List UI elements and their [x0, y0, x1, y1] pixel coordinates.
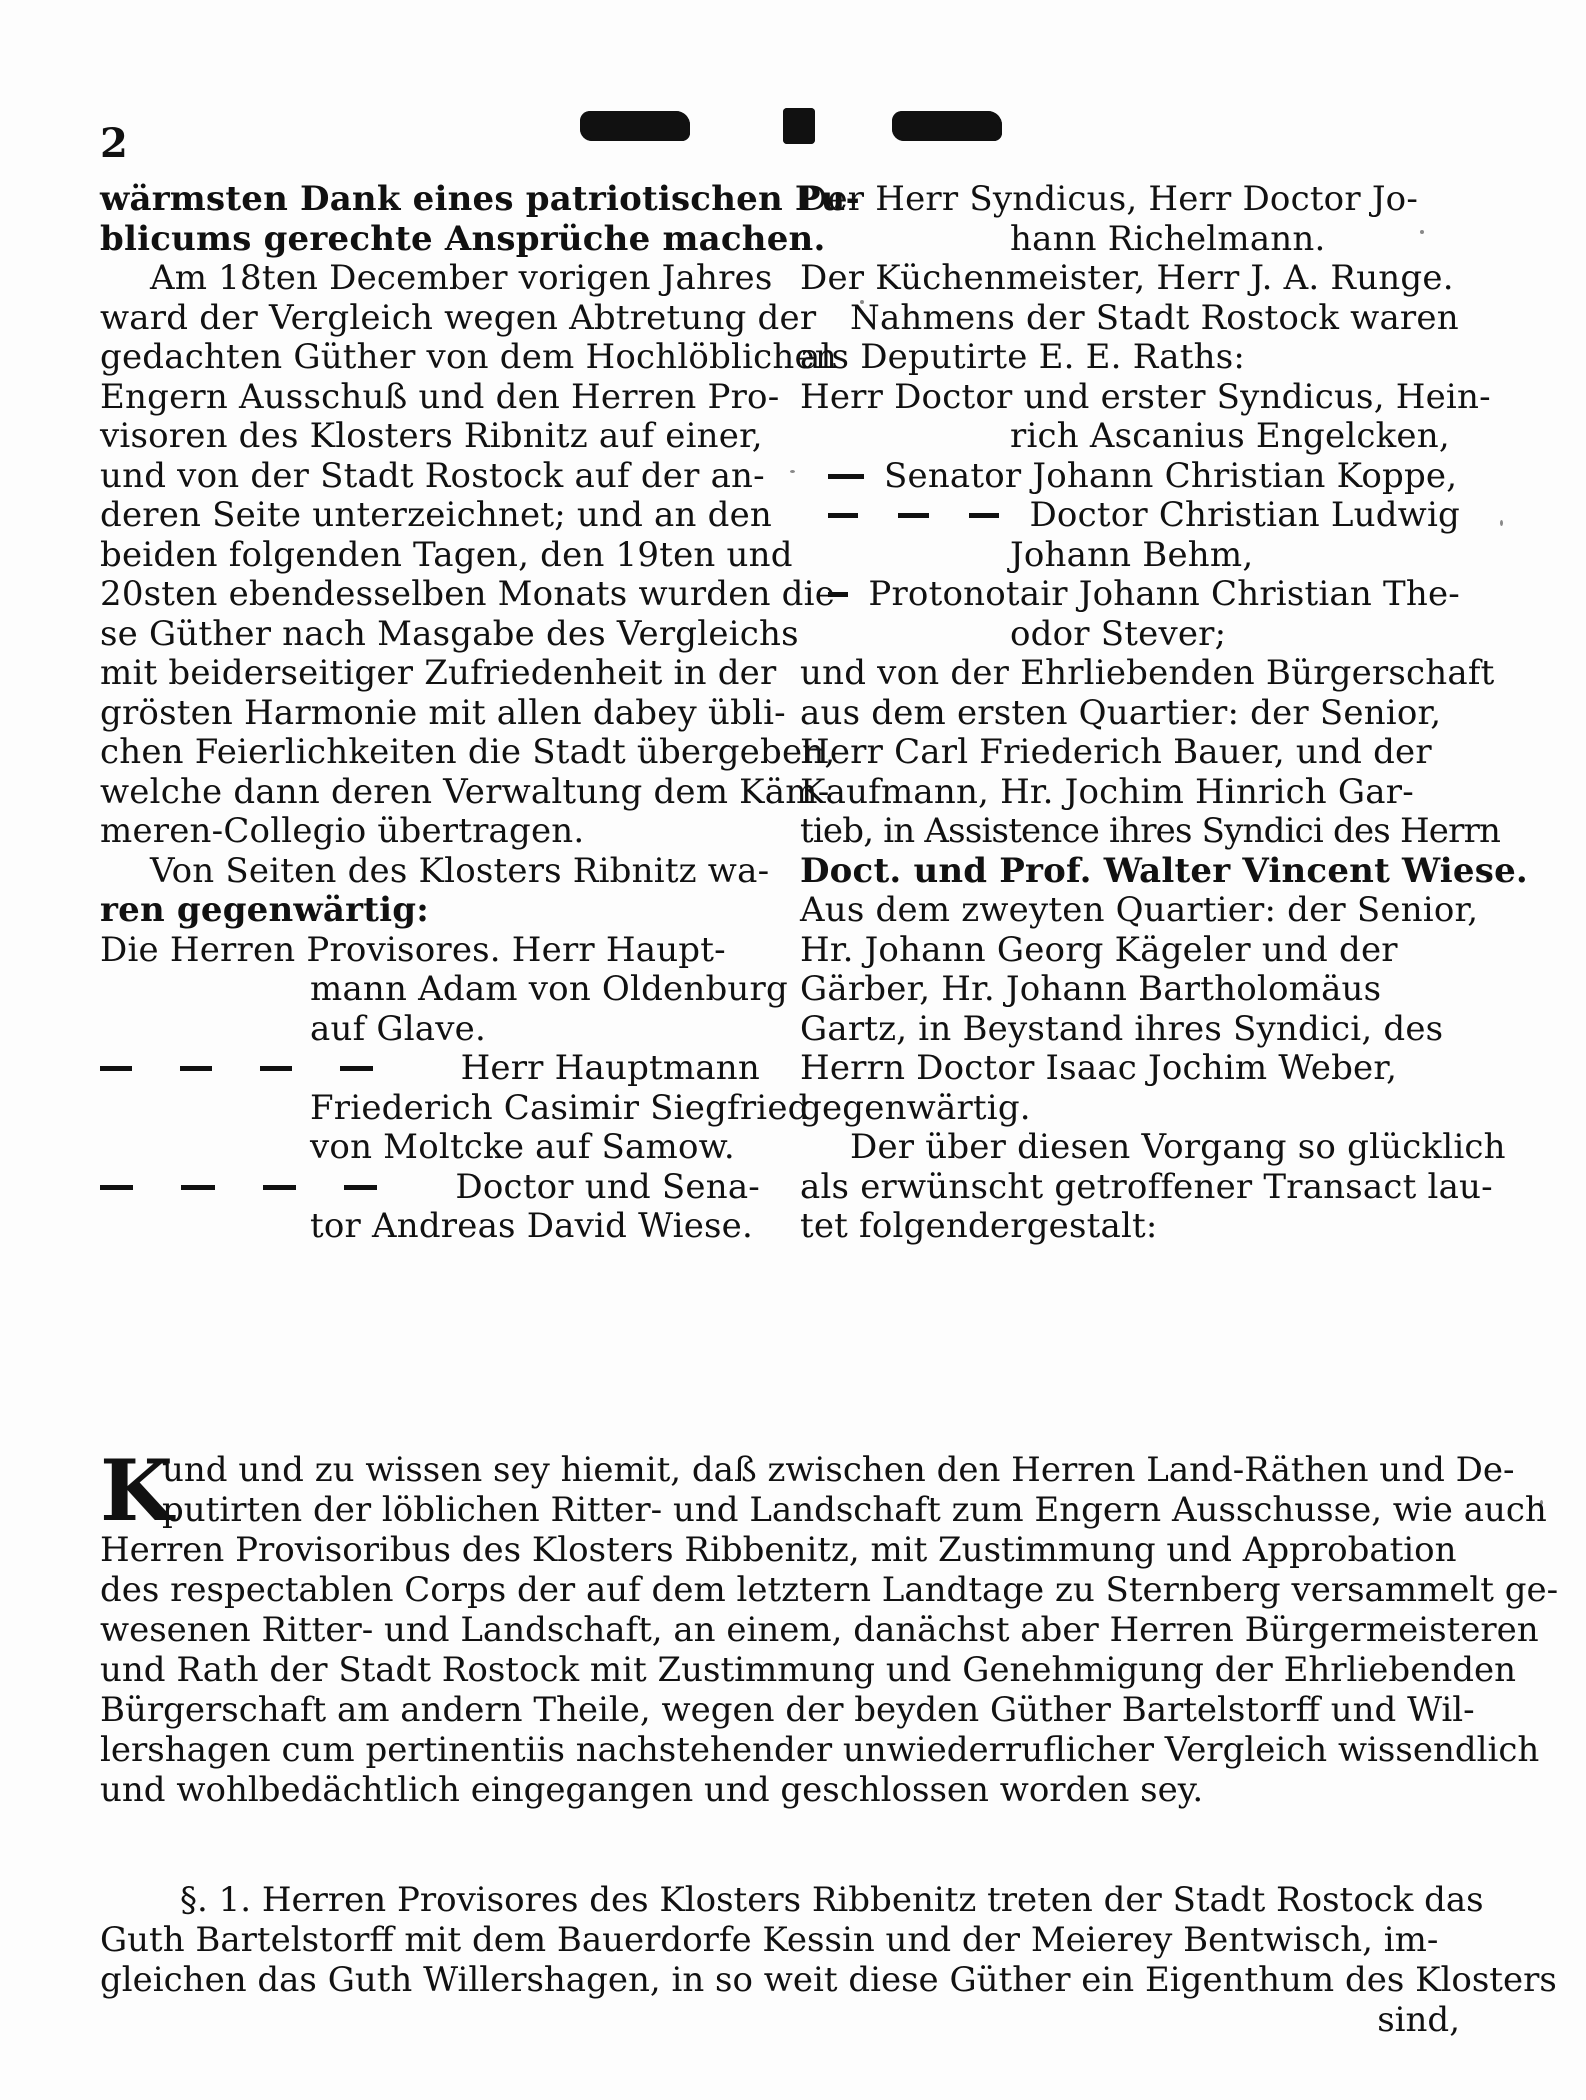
text-line: ren gegenwärtig:	[100, 891, 760, 931]
text-line: Der über diesen Vorgang so glücklich	[800, 1128, 1460, 1168]
crown-mark-icon	[783, 108, 815, 144]
text-line: Guth Bartelstorff mit dem Bauerdorfe Kes…	[100, 1920, 1480, 1960]
text-fragment: Doctor und Sena-	[425, 1168, 760, 1208]
text-line: beiden folgenden Tagen, den 19ten und	[100, 536, 760, 576]
text-line: Gärber, Hr. Johann Bartholomäus	[800, 970, 1460, 1010]
page-number: 2	[100, 120, 128, 167]
text-line: auf Glave.	[100, 1010, 760, 1050]
header-ornament-left	[580, 106, 690, 146]
text-line: Herr Carl Friederich Bauer, und der	[800, 733, 1460, 773]
section-1-paragraph: §. 1. Herren Provisores des Klosters Rib…	[100, 1880, 1480, 2040]
text-line: deren Seite unterzeichnet; und an den	[100, 496, 760, 536]
text-line: putirten der löblichen Ritter- und Lands…	[100, 1490, 1480, 1530]
text-fragment: Doctor Christian Ludwig	[1029, 496, 1460, 536]
text-line: als erwünscht getroffener Transact lau-	[800, 1168, 1460, 1208]
text-line: wesenen Ritter- und Landschaft, an einem…	[100, 1610, 1480, 1650]
text-line: Johann Behm,	[800, 536, 1460, 576]
text-line: Von Seiten des Klosters Ribnitz wa-	[100, 852, 760, 892]
text-line: tet folgendergestalt:	[800, 1207, 1460, 1247]
vignette-icon	[892, 111, 1002, 141]
text-line: Der Küchenmeister, Herr J. A. Runge.	[800, 259, 1460, 299]
text-fragment: Senator Johann Christian Koppe,	[884, 457, 1457, 497]
text-line: von Moltcke auf Samow.	[100, 1128, 760, 1168]
text-line: als Deputirte E. E. Raths:	[800, 338, 1460, 378]
text-line: Herren Provisoribus des Klosters Ribbeni…	[100, 1530, 1480, 1570]
right-column: Der Herr Syndicus, Herr Doctor Jo- hann …	[800, 180, 1460, 1247]
text-line: Gartz, in Beystand ihres Syndici, des	[800, 1010, 1460, 1050]
text-line: und und zu wissen sey hiemit, daß zwisch…	[100, 1450, 1480, 1490]
text-line: ward der Vergleich wegen Abtretung der	[100, 299, 760, 339]
text-line: 20sten ebendesselben Monats wurden die-	[100, 575, 760, 615]
text-fragment: Herr Hauptmann	[421, 1049, 760, 1089]
text-line: mann Adam von Oldenburg	[100, 970, 760, 1010]
dash-mark	[828, 474, 864, 479]
text-line: und wohlbedächtlich eingegangen und gesc…	[100, 1770, 1480, 1810]
dash-mark	[340, 1066, 372, 1071]
text-line: tieb, in Assistence ihres Syndici des He…	[800, 812, 1460, 852]
text-line: Engern Ausschuß und den Herren Pro-	[100, 378, 760, 418]
dash-mark	[969, 513, 999, 518]
text-line: mit beiderseitiger Zufriedenheit in der	[100, 654, 760, 694]
text-line: grösten Harmonie mit allen dabey übli-	[100, 694, 760, 734]
text-line: wärmsten Dank eines patriotischen Pu-	[100, 180, 760, 220]
dash-mark	[100, 1185, 133, 1190]
dash-mark	[828, 513, 858, 518]
text-line: Hr. Johann Georg Kägeler und der	[800, 931, 1460, 971]
text-line: welche dann deren Verwaltung dem Käm-	[100, 773, 760, 813]
scanned-page: 2 wärmsten Dank eines patriotischen Pu- …	[0, 0, 1586, 2100]
text-line: hann Richelmann.	[800, 220, 1460, 260]
text-line: Bürgerschaft am andern Theile, wegen der…	[100, 1690, 1480, 1730]
text-line: aus dem ersten Quartier: der Senior,	[800, 694, 1460, 734]
scan-noise	[1500, 520, 1503, 526]
text-line: §. 1. Herren Provisores des Klosters Rib…	[100, 1880, 1480, 1920]
text-line: Der Herr Syndicus, Herr Doctor Jo-	[800, 180, 1460, 220]
text-line: tor Andreas David Wiese.	[100, 1207, 760, 1247]
text-line: Protonotair Johann Christian The-	[800, 575, 1460, 615]
text-line: gleichen das Guth Willershagen, in so we…	[100, 1960, 1480, 2000]
dash-mark	[344, 1185, 377, 1190]
text-line: odor Stever;	[800, 615, 1460, 655]
dash-mark	[181, 1185, 214, 1190]
text-line: Herrn Doctor Isaac Jochim Weber,	[800, 1049, 1460, 1089]
dash-mark	[180, 1066, 212, 1071]
text-line: und Rath der Stadt Rostock mit Zustimmun…	[100, 1650, 1480, 1690]
text-line: und von der Ehrliebenden Bürgerschaft	[800, 654, 1460, 694]
text-line: Doctor und Sena-	[100, 1168, 760, 1208]
header-ornament-center	[783, 106, 815, 146]
text-line: blicums gerechte Ansprüche machen.	[100, 220, 760, 260]
text-line: meren-Collegio übertragen.	[100, 812, 760, 852]
text-line: Doct. und Prof. Walter Vincent Wiese.	[800, 852, 1460, 892]
text-line: Herr Hauptmann	[100, 1049, 760, 1089]
text-line: Herr Doctor und erster Syndicus, Hein-	[800, 378, 1460, 418]
text-line: chen Feierlichkeiten die Stadt übergeben…	[100, 733, 760, 773]
text-line: lershagen cum pertinentiis nachstehender…	[100, 1730, 1480, 1770]
text-line: visoren des Klosters Ribnitz auf einer,	[100, 417, 760, 457]
text-line: Die Herren Provisores. Herr Haupt-	[100, 931, 760, 971]
text-line: und von der Stadt Rostock auf der an-	[100, 457, 760, 497]
text-line: Aus dem zweyten Quartier: der Senior,	[800, 891, 1460, 931]
text-line: Doctor Christian Ludwig	[800, 496, 1460, 536]
dash-mark	[828, 592, 848, 597]
header-ornament-right	[892, 106, 1002, 146]
text-line: des respectablen Corps der auf dem letzt…	[100, 1570, 1480, 1610]
text-line: Senator Johann Christian Koppe,	[800, 457, 1460, 497]
dash-mark	[100, 1066, 132, 1071]
dash-mark	[260, 1066, 292, 1071]
dash-mark	[263, 1185, 296, 1190]
text-line: Nahmens der Stadt Rostock waren	[800, 299, 1460, 339]
text-fragment: Protonotair Johann Christian The-	[868, 575, 1460, 615]
left-column: wärmsten Dank eines patriotischen Pu- bl…	[100, 180, 760, 1247]
vignette-icon	[580, 111, 690, 141]
text-line: Am 18ten December vorigen Jahres	[100, 259, 760, 299]
catchword: sind,	[100, 2000, 1480, 2040]
text-line: gedachten Güther von dem Hochlöblichen	[100, 338, 760, 378]
dash-mark	[898, 513, 928, 518]
scan-noise	[790, 470, 795, 473]
text-line: se Güther nach Masgabe des Vergleichs	[100, 615, 760, 655]
text-line: Kaufmann, Hr. Jochim Hinrich Gar-	[800, 773, 1460, 813]
text-line: rich Ascanius Engelcken,	[800, 417, 1460, 457]
text-line: Friederich Casimir Siegfried	[100, 1089, 760, 1129]
transact-paragraph: und und zu wissen sey hiemit, daß zwisch…	[100, 1450, 1480, 1810]
text-line: gegenwärtig.	[800, 1089, 1460, 1129]
